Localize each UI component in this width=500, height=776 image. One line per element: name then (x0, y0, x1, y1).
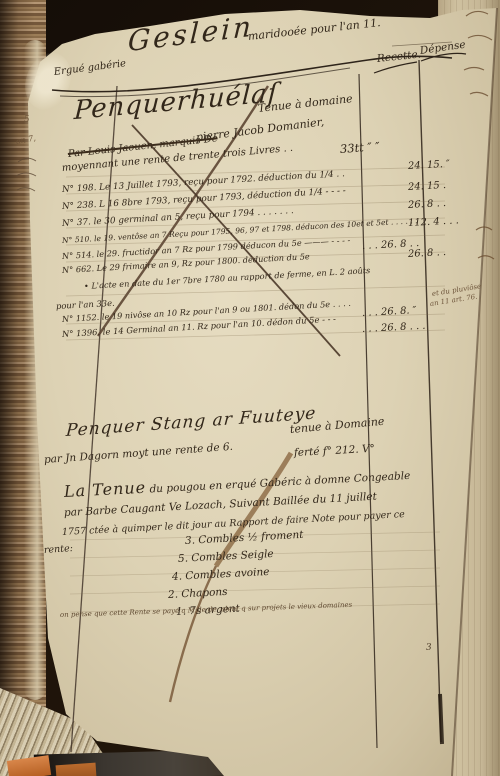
rente-amount: 33tt ″ ″ (340, 141, 380, 155)
recette-amount: 26. 8 . . (408, 199, 447, 211)
page-right-edge (452, 8, 497, 776)
left-margin-note-1: 5 (24, 116, 30, 125)
margin-squiggles (16, 158, 36, 191)
recette-amount: 24. 15 . (408, 181, 447, 193)
recette-amount: 26. 8 . . (408, 248, 447, 260)
photo-background: Ergué gabérie Geslein maridooée pour l'a… (0, 0, 500, 776)
ruled-line-recette (359, 74, 377, 748)
pougou-margin-word: rente: (44, 544, 74, 555)
page-mark: 3 (426, 644, 432, 653)
ink-blot-column-line (440, 694, 442, 744)
